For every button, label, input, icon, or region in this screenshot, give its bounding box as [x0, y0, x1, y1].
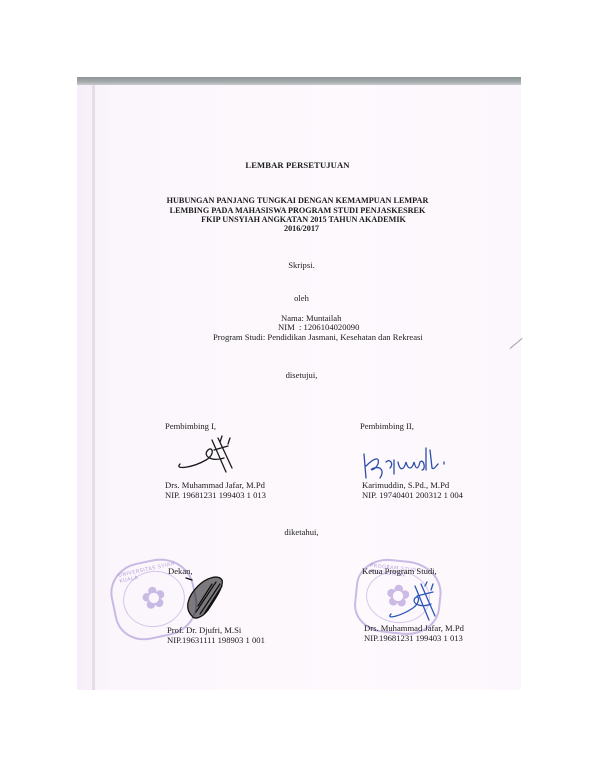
document-type: Skripsi. — [4, 260, 595, 270]
scan-top-edge — [77, 77, 521, 85]
supervisor-1-role: Pembimbing I, — [165, 421, 216, 431]
official-2-nip: NIP.19681231 199403 1 013 — [364, 633, 463, 643]
acknowledged-label: diketahui, — [4, 527, 595, 537]
scan-left-edge — [92, 85, 95, 690]
supervisor-1-nip: NIP. 19681231 199403 1 013 — [165, 490, 266, 500]
official-1-nip: NIP.19631111 198903 1 001 — [167, 635, 265, 645]
official-1-signature — [178, 572, 228, 624]
supervisor-2-name: Karimuddin, S.Pd., M.Pd — [362, 480, 449, 490]
supervisor-2-nip: NIP. 19740401 200312 1 004 — [362, 490, 463, 500]
supervisor-2-signature — [360, 448, 450, 484]
title-line-4: 2016/2017 — [4, 224, 595, 234]
document-heading: LEMBAR PERSETUJUAN — [0, 160, 595, 170]
supervisor-2-role: Pembimbing II, — [360, 421, 414, 431]
approved-label: disetujui, — [4, 370, 595, 380]
by-label: oleh — [4, 293, 595, 303]
supervisor-1-signature — [172, 436, 242, 476]
official-2-signature — [385, 582, 445, 624]
author-program: Program Studi: Pendidikan Jasmani, Keseh… — [213, 332, 423, 342]
official-2-role: Ketua Program Studi, — [362, 566, 437, 576]
official-1-name: Prof. Dr. Djufri, M.Si — [167, 625, 241, 635]
title-line-1: HUBUNGAN PANJANG TUNGKAI DENGAN KEMAMPUA… — [0, 196, 595, 206]
supervisor-1-name: Drs. Muhammad Jafar, M.Pd — [165, 480, 265, 490]
author-nim: NIM : 1206104020090 — [278, 322, 359, 332]
official-2-name: Drs. Muhammad Jafar, M.Pd — [364, 623, 464, 633]
